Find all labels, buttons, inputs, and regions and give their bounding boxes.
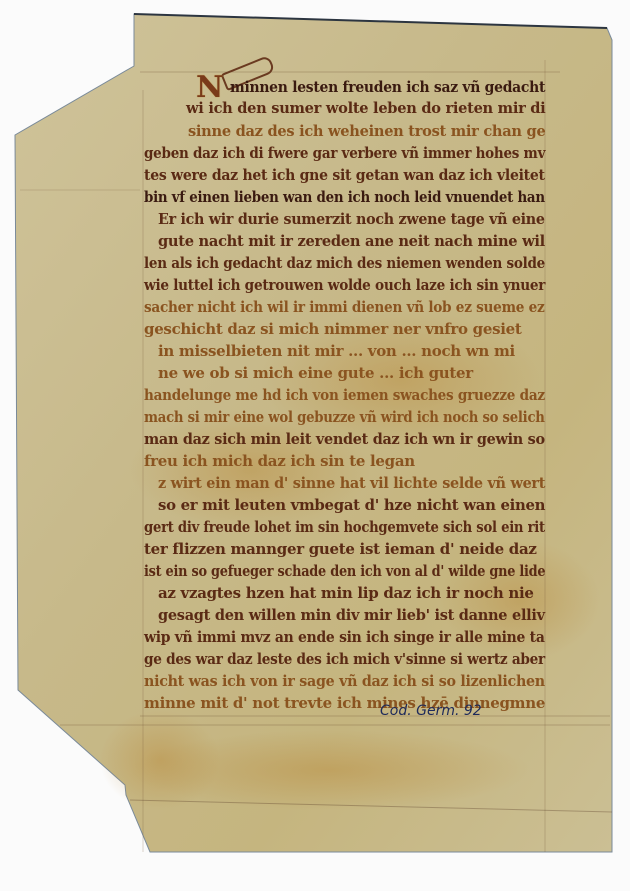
text-line: bin vf einen lieben wan den ich noch lei… bbox=[144, 188, 545, 206]
text-line: az vzagtes hzen hat min lip daz ich ir n… bbox=[158, 584, 534, 602]
text-line: z wirt ein man d' sinne hat vil lichte s… bbox=[158, 474, 545, 492]
text-line: ter flizzen mannger guete ist ieman d' n… bbox=[144, 540, 537, 558]
text-line: wi ich den sumer wolte leben do rieten m… bbox=[186, 99, 545, 117]
text-line: len als ich gedacht daz mich des niemen … bbox=[144, 254, 545, 272]
text-line: ne we ob si mich eine gute ... ich guter bbox=[158, 364, 473, 382]
text-line: in misselbieten nit mir ... von ... noch… bbox=[158, 342, 515, 360]
text-line: gute nacht mit ir zereden ane neit nach … bbox=[158, 232, 545, 250]
text-line: handelunge me hd ich von iemen swaches g… bbox=[144, 386, 545, 404]
shelfmark-annotation: Cod. Germ. 92 bbox=[380, 703, 482, 719]
text-line: sinne daz des ich weheinen trost mir cha… bbox=[188, 122, 545, 140]
text-line: ge des war daz leste des ich mich v'sinn… bbox=[144, 650, 545, 668]
manuscript-text: N minnen lesten freuden ich saz vñ gedac… bbox=[0, 0, 630, 891]
text-line: gesagt den willen min div mir lieb' ist … bbox=[158, 606, 545, 624]
text-line: mach si mir eine wol gebuzze vñ wird ich… bbox=[144, 408, 545, 426]
text-line: geben daz ich di fwere gar verbere vñ im… bbox=[144, 144, 545, 162]
text-line: geschicht daz si mich nimmer ner vnfro g… bbox=[144, 320, 522, 338]
text-line: ist ein so gefueger schade den ich von a… bbox=[144, 562, 545, 580]
text-line: wip vñ immi mvz an ende sin ich singe ir… bbox=[144, 628, 545, 646]
text-line: tes were daz het ich gne sit getan wan d… bbox=[144, 166, 545, 184]
text-line: nicht was ich von ir sage vñ daz ich si … bbox=[144, 672, 545, 690]
text-line: freu ich mich daz ich sin te legan bbox=[144, 452, 415, 470]
text-line: wie luttel ich getrouwen wolde ouch laze… bbox=[144, 276, 545, 294]
text-line: minne mit d' not trevte ich mines hzē di… bbox=[144, 694, 545, 712]
text-line: so er mit leuten vmbegat d' hze nicht wa… bbox=[158, 496, 545, 514]
text-line: gert div freude lohet im sin hochgemvete… bbox=[144, 518, 545, 536]
text-line: minnen lesten freuden ich saz vñ gedacht bbox=[230, 78, 545, 96]
text-line: sacher nicht ich wil ir immi dienen vñ l… bbox=[144, 298, 544, 316]
text-line: man daz sich min leit vendet daz ich wn … bbox=[144, 430, 545, 448]
text-line: Er ich wir durie sumerzit noch zwene tag… bbox=[158, 210, 545, 228]
